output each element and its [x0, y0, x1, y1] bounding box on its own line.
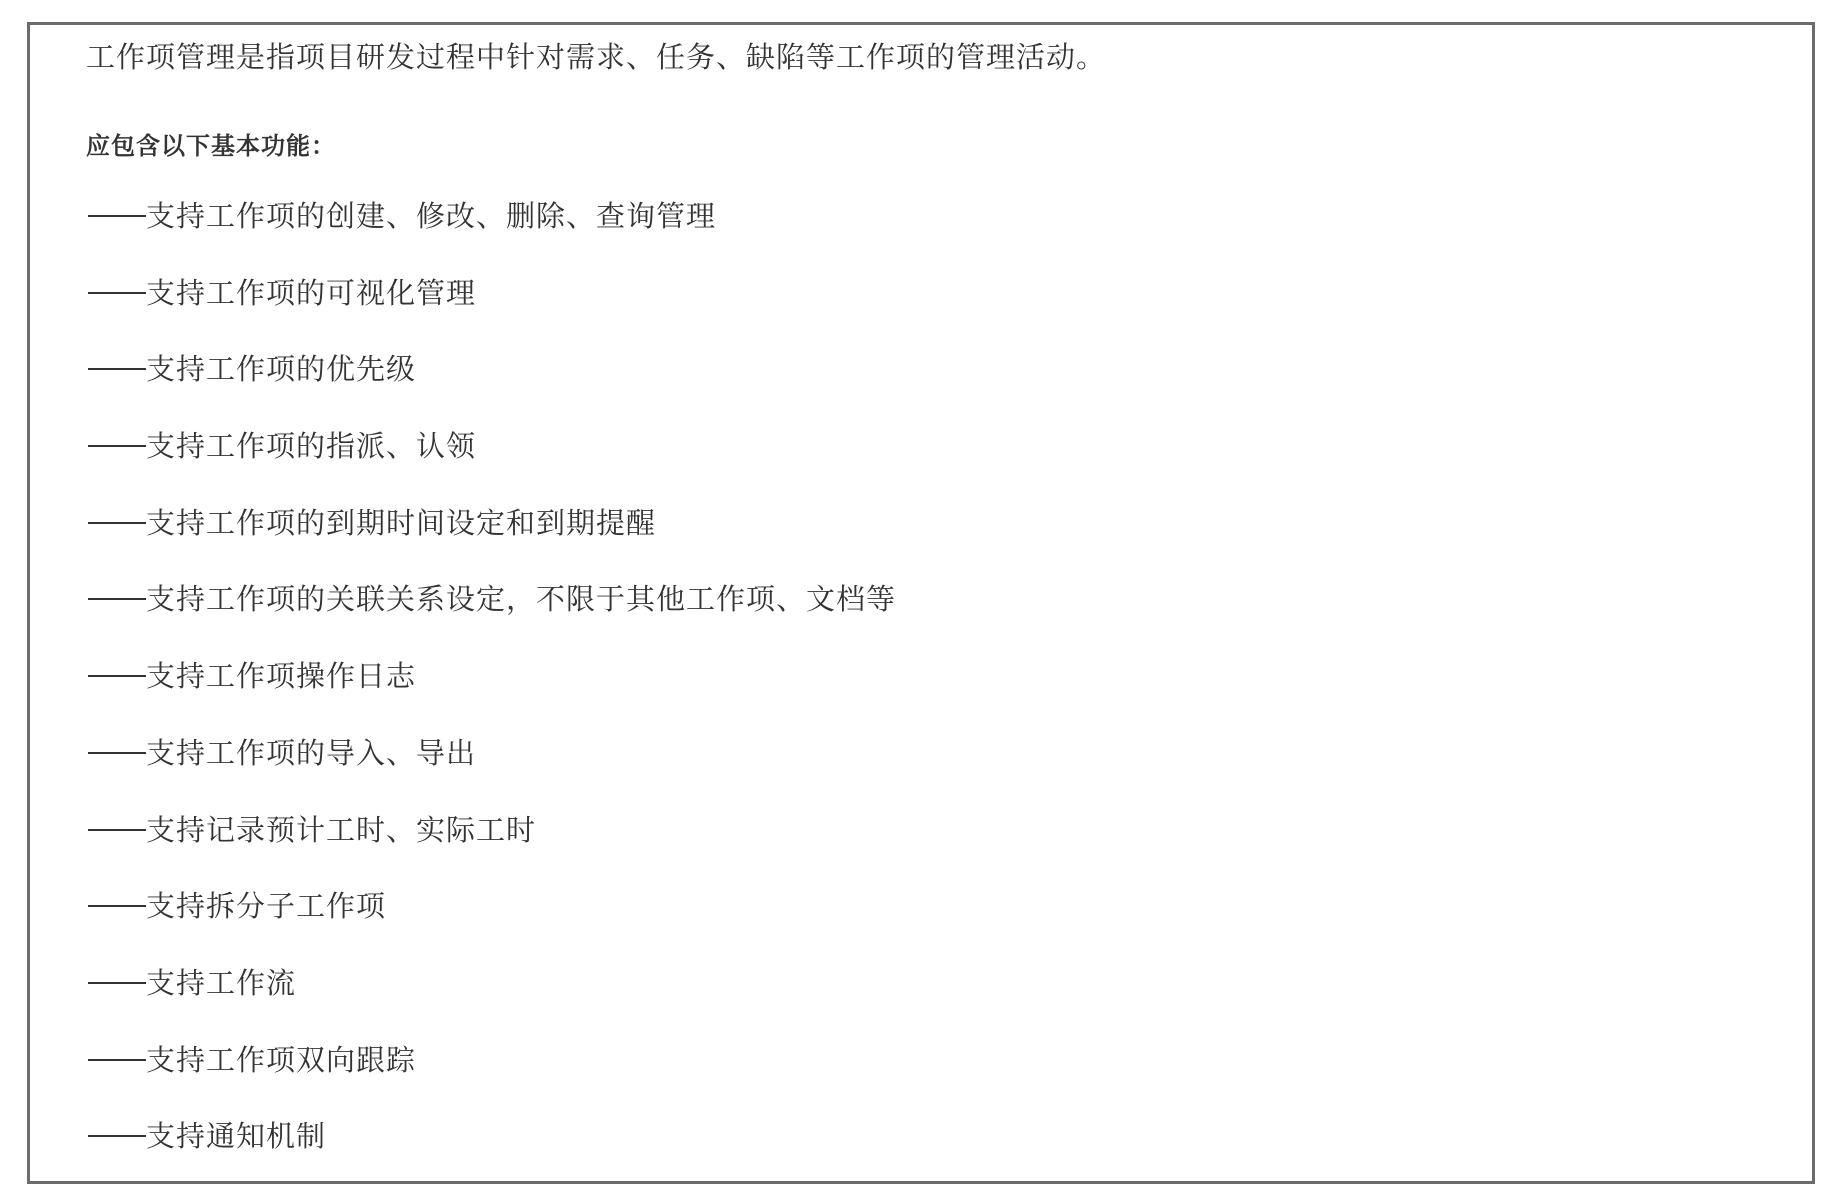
- feature-item: 支持工作项的关联关系设定，不限于其他工作项、文档等: [86, 574, 896, 651]
- em-dash-marker: [86, 191, 146, 241]
- feature-item: 支持工作流: [86, 958, 896, 1035]
- feature-item: 支持工作项双向跟踪: [86, 1035, 896, 1112]
- feature-item: 支持工作项的到期时间设定和到期提醒: [86, 498, 896, 575]
- feature-text: 支持工作项的创建、修改、删除、查询管理: [146, 191, 716, 241]
- em-dash-marker: [86, 1035, 146, 1085]
- em-dash-marker: [86, 344, 146, 394]
- features-subheading: 应包含以下基本功能：: [86, 126, 336, 166]
- intro-paragraph: 工作项管理是指项目研发过程中针对需求、任务、缺陷等工作项的管理活动。: [86, 35, 1106, 79]
- em-dash-marker: [86, 728, 146, 778]
- em-dash-marker: [86, 421, 146, 471]
- feature-item: 支持工作项操作日志: [86, 651, 896, 728]
- em-dash-marker: [86, 651, 146, 701]
- em-dash-marker: [86, 268, 146, 318]
- feature-item: 支持工作项的优先级: [86, 344, 896, 421]
- feature-item: 支持记录预计工时、实际工时: [86, 805, 896, 882]
- em-dash-marker: [86, 574, 146, 624]
- feature-text: 支持工作项的到期时间设定和到期提醒: [146, 498, 656, 548]
- feature-item: 支持工作项的导入、导出: [86, 728, 896, 805]
- feature-item: 支持通知机制: [86, 1111, 896, 1188]
- feature-text: 支持通知机制: [146, 1111, 326, 1161]
- feature-text: 支持工作项的优先级: [146, 344, 416, 394]
- feature-text: 支持拆分子工作项: [146, 881, 386, 931]
- feature-text: 支持工作项的导入、导出: [146, 728, 476, 778]
- document-frame: 工作项管理是指项目研发过程中针对需求、任务、缺陷等工作项的管理活动。 应包含以下…: [27, 22, 1815, 1184]
- em-dash-marker: [86, 1111, 146, 1161]
- em-dash-marker: [86, 881, 146, 931]
- document-body: 工作项管理是指项目研发过程中针对需求、任务、缺陷等工作项的管理活动。 应包含以下…: [30, 25, 1812, 1181]
- em-dash-marker: [86, 805, 146, 855]
- em-dash-marker: [86, 498, 146, 548]
- feature-item: 支持工作项的创建、修改、删除、查询管理: [86, 191, 896, 268]
- feature-item: 支持工作项的可视化管理: [86, 268, 896, 345]
- feature-text: 支持工作流: [146, 958, 296, 1008]
- feature-text: 支持工作项双向跟踪: [146, 1035, 416, 1085]
- feature-text: 支持记录预计工时、实际工时: [146, 805, 536, 855]
- feature-item: 支持拆分子工作项: [86, 881, 896, 958]
- feature-text: 支持工作项的可视化管理: [146, 268, 476, 318]
- feature-list: 支持工作项的创建、修改、删除、查询管理 支持工作项的可视化管理 支持工作项的优先…: [86, 191, 896, 1188]
- feature-text: 支持工作项的指派、认领: [146, 421, 476, 471]
- feature-text: 支持工作项的关联关系设定，不限于其他工作项、文档等: [146, 574, 896, 624]
- em-dash-marker: [86, 958, 146, 1008]
- feature-item: 支持工作项的指派、认领: [86, 421, 896, 498]
- feature-text: 支持工作项操作日志: [146, 651, 416, 701]
